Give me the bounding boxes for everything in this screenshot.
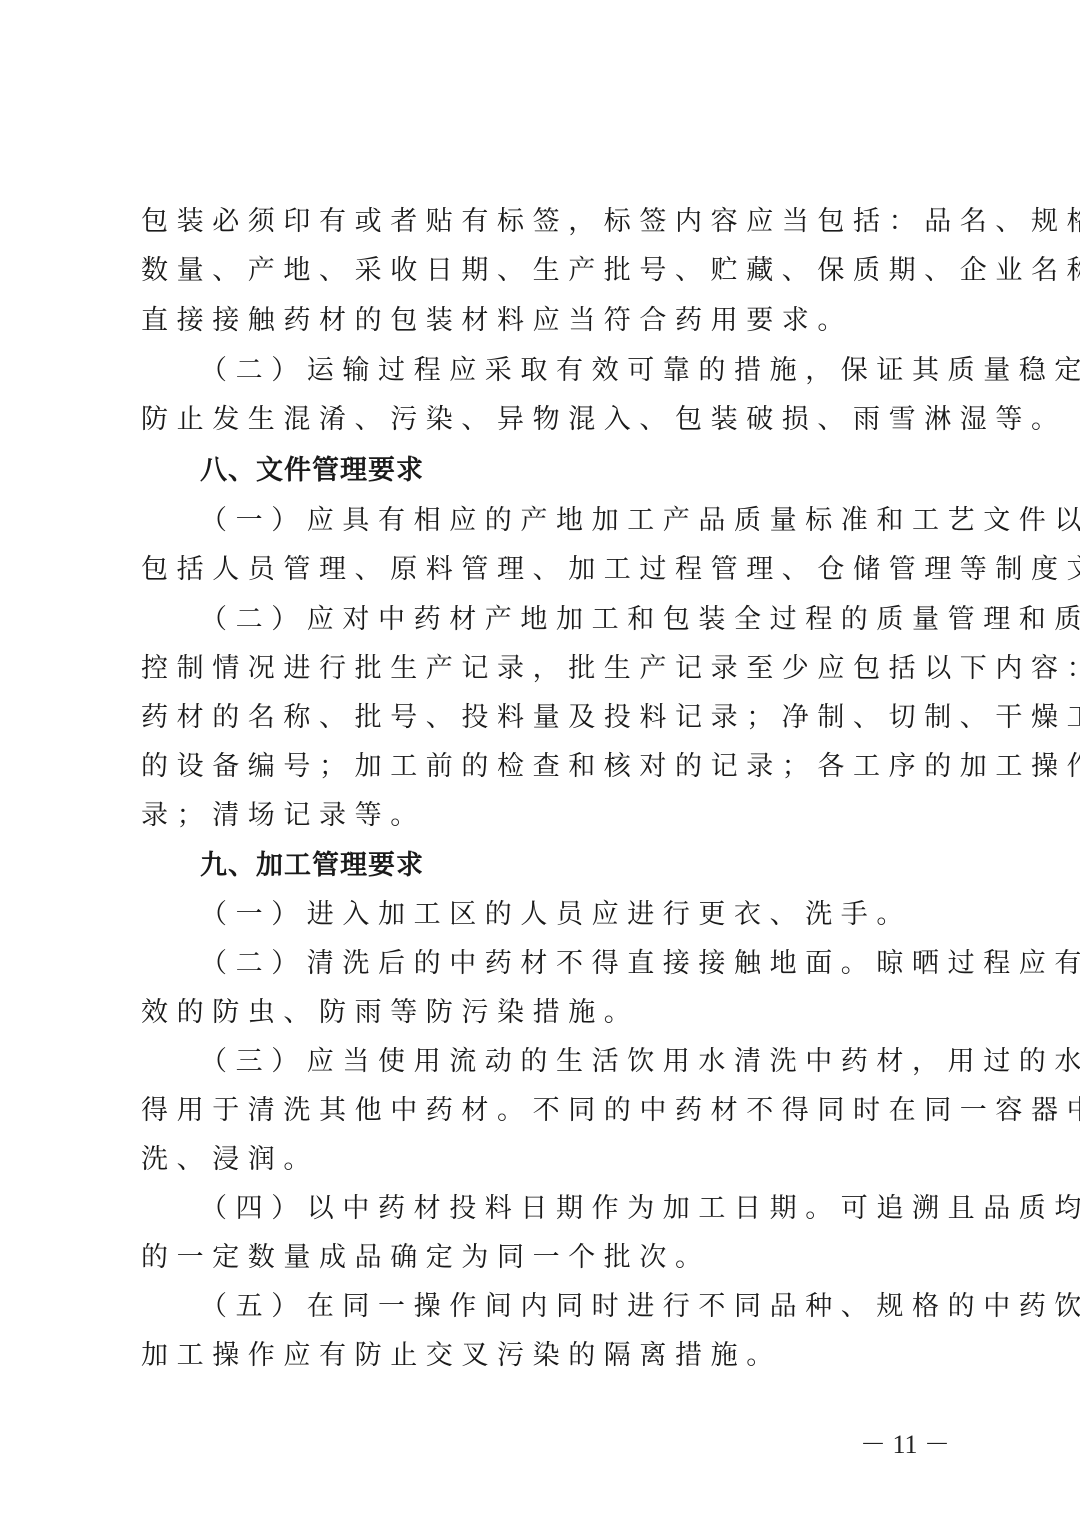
paragraph-line: 的一定数量成品确定为同一个批次。	[141, 1233, 943, 1282]
paragraph-line: 包装必须印有或者贴有标签，标签内容应当包括：品名、规格、	[141, 197, 943, 246]
section-heading-8: 八、文件管理要求	[200, 446, 943, 495]
paragraph-line: 效的防虫、防雨等防污染措施。	[141, 988, 943, 1037]
section-heading-9: 九、加工管理要求	[200, 841, 943, 890]
paragraph-line: （四）以中药材投料日期作为加工日期。可追溯且品质均一	[200, 1184, 943, 1233]
paragraph-line: 录；清场记录等。	[141, 791, 943, 840]
paragraph-line: （二）运输过程应采取有效可靠的措施，保证其质量稳定，	[200, 346, 943, 395]
paragraph-line: 控制情况进行批生产记录，批生产记录至少应包括以下内容：中	[141, 644, 943, 693]
paragraph-line: 的设备编号；加工前的检查和核对的记录；各工序的加工操作记	[141, 742, 943, 791]
paragraph-line: 得用于清洗其他中药材。不同的中药材不得同时在同一容器中清	[141, 1086, 943, 1135]
paragraph-line: （二）清洗后的中药材不得直接接触地面。晾晒过程应有有	[200, 939, 943, 988]
paragraph-line: 药材的名称、批号、投料量及投料记录；净制、切制、干燥工艺	[141, 693, 943, 742]
paragraph-line: （二）应对中药材产地加工和包装全过程的质量管理和质量	[200, 595, 943, 644]
paragraph-line: （五）在同一操作间内同时进行不同品种、规格的中药饮片	[200, 1282, 943, 1331]
paragraph-line: （三）应当使用流动的生活饮用水清洗中药材，用过的水不	[200, 1037, 943, 1086]
page-number: － 11 －	[860, 1425, 950, 1465]
paragraph-line: 数量、产地、采收日期、生产批号、贮藏、保质期、企业名称等。	[141, 246, 943, 295]
paragraph-line: 加工操作应有防止交叉污染的隔离措施。	[141, 1331, 943, 1380]
document-page: 包装必须印有或者贴有标签，标签内容应当包括：品名、规格、 数量、产地、采收日期、…	[0, 0, 1080, 1528]
paragraph-line: 直接接触药材的包装材料应当符合药用要求。	[141, 296, 943, 345]
paragraph-line: 防止发生混淆、污染、异物混入、包装破损、雨雪淋湿等。	[141, 395, 943, 444]
paragraph-line: 洗、浸润。	[141, 1135, 943, 1184]
paragraph-line: 包括人员管理、原料管理、加工过程管理、仓储管理等制度文件。	[141, 545, 943, 594]
paragraph-line: （一）应具有相应的产地加工产品质量标准和工艺文件以及	[200, 496, 943, 545]
paragraph-line: （一）进入加工区的人员应进行更衣、洗手。	[200, 890, 943, 939]
